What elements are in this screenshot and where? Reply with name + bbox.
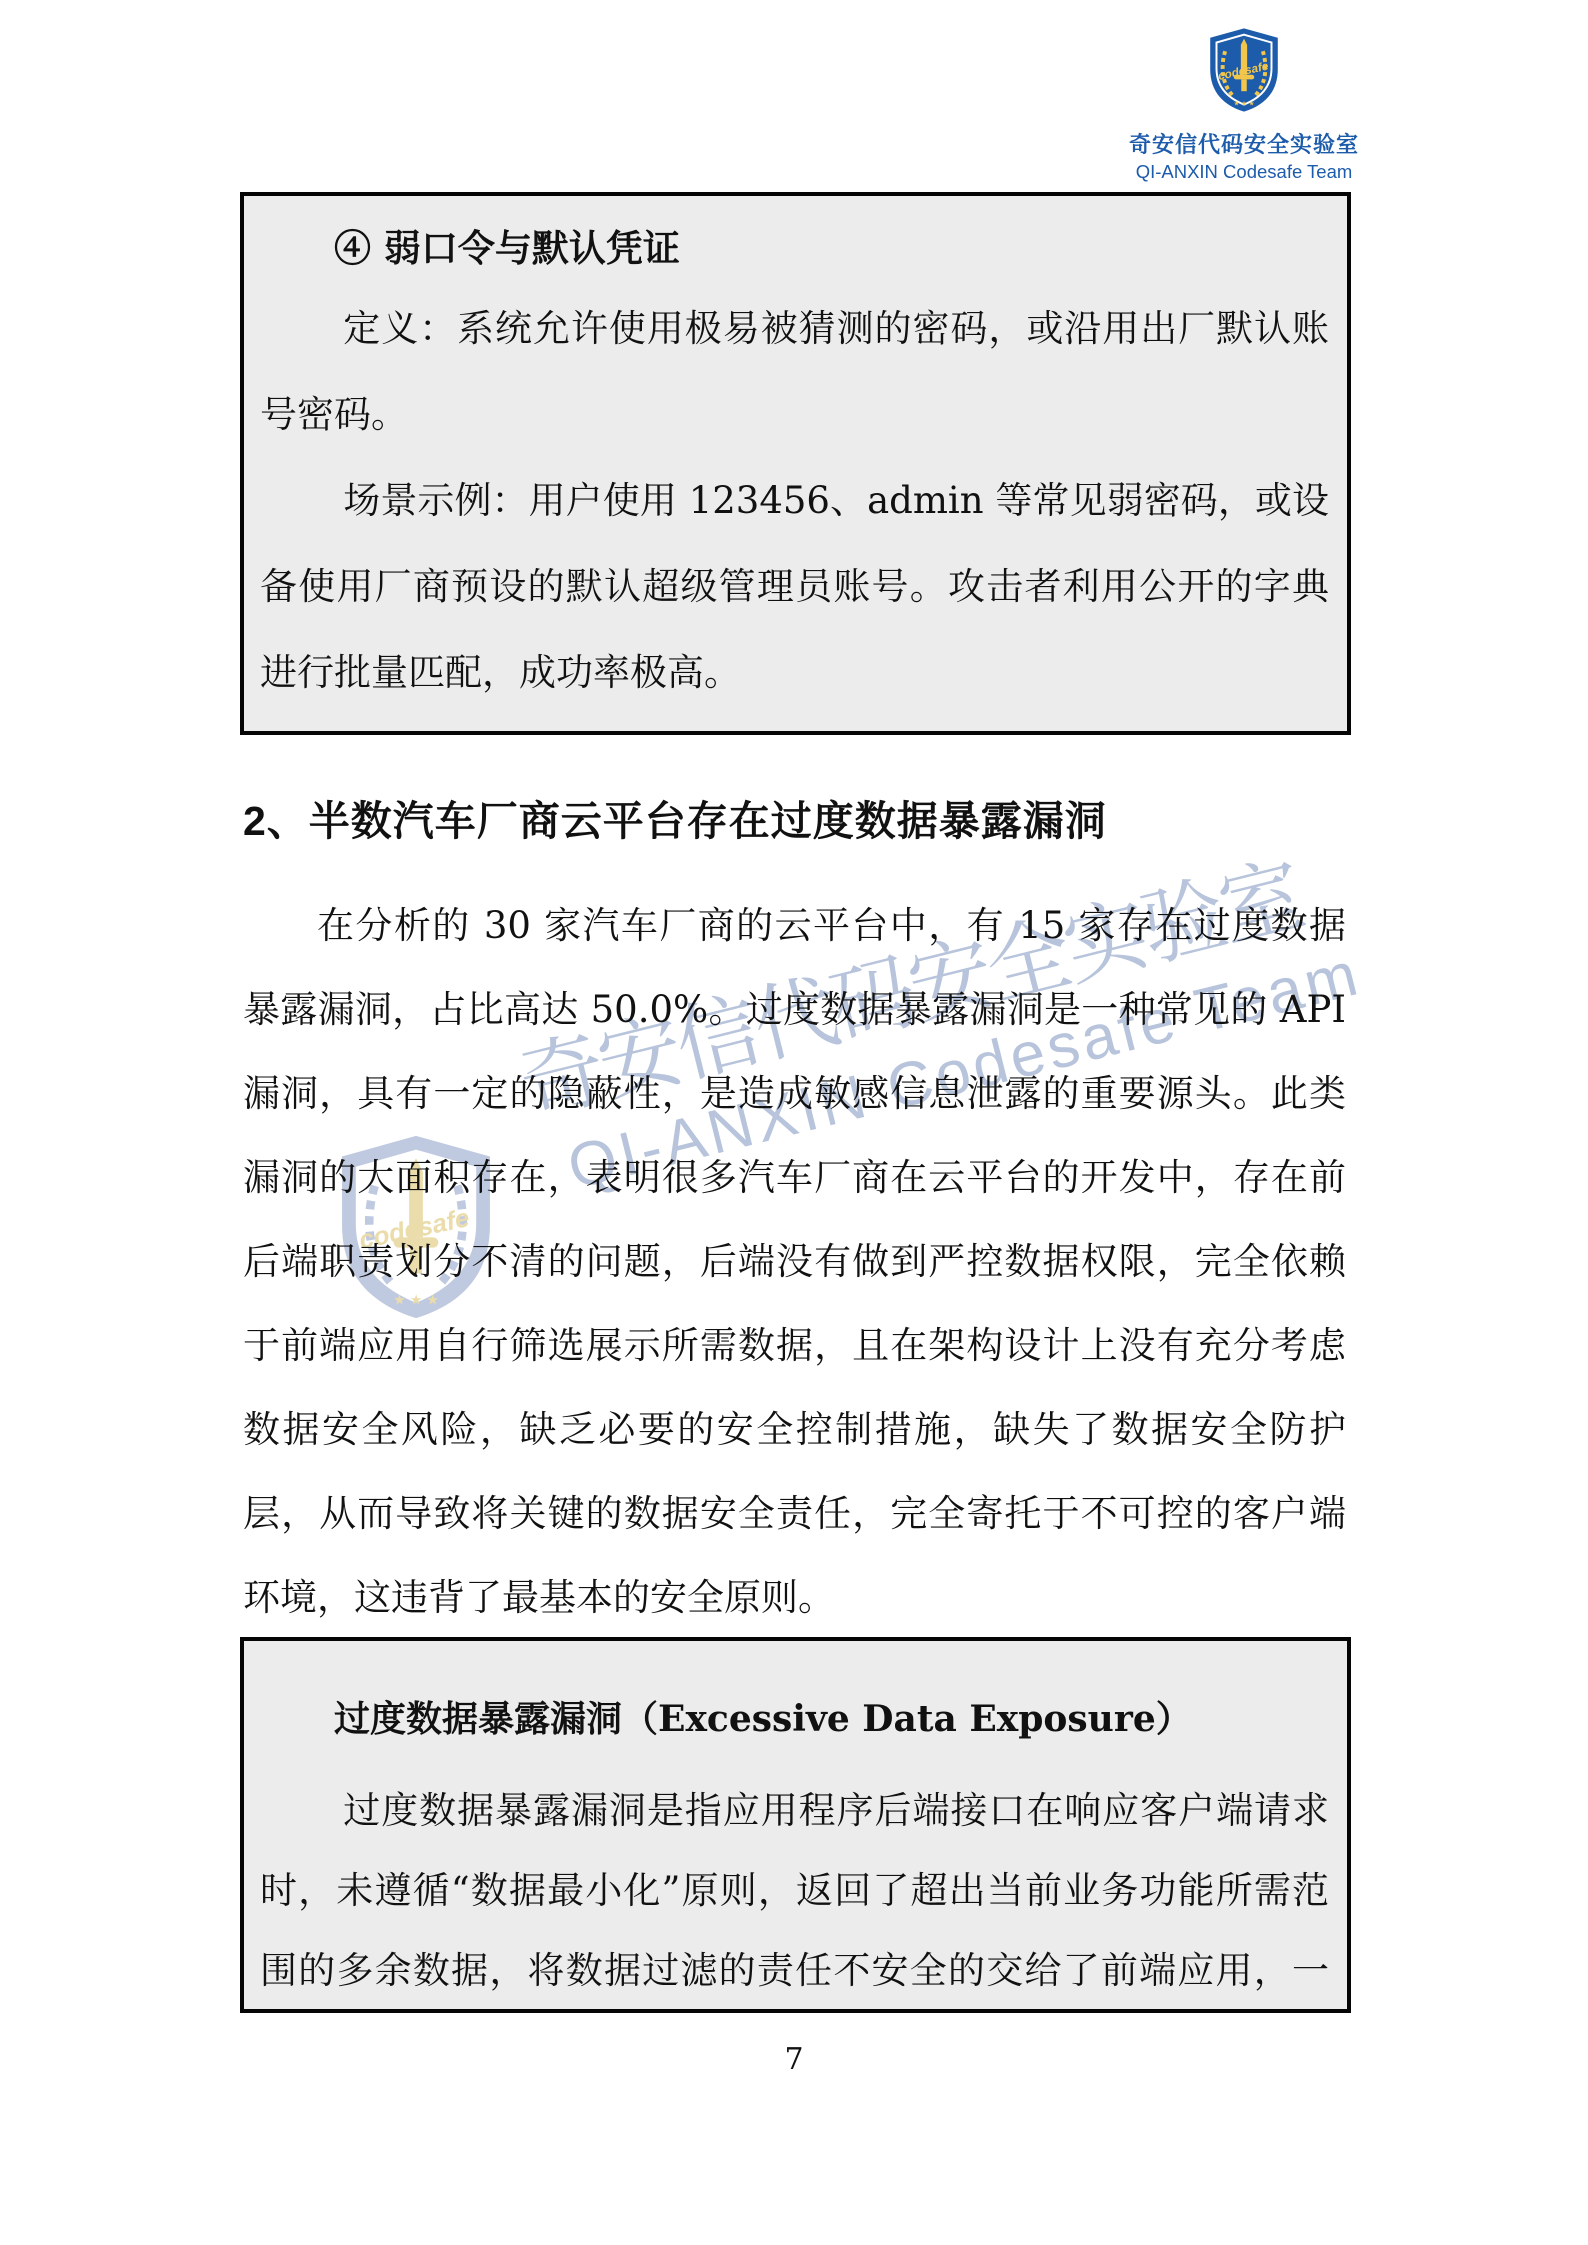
codesafe-shield-logo-icon: codesafe ★ ★ ★ <box>1204 26 1284 114</box>
info-box-1-definition: 定义：系统允许使用极易被猜测的密码，或沿用出厂默认账号密码。 <box>260 286 1329 458</box>
header-brand: codesafe ★ ★ ★ 奇安信代码安全实验室 QI-ANXIN Codes… <box>1084 26 1404 183</box>
info-box-excessive-data-exposure: 过度数据暴露漏洞（Excessive Data Exposure） 过度数据暴露… <box>240 1637 1351 2013</box>
document-page: 奇安信代码安全实验室 QI-ANXIN Codesafe Team codesa… <box>0 0 1588 2245</box>
info-box-weak-credentials: ④ 弱口令与默认凭证 定义：系统允许使用极易被猜测的密码，或沿用出厂默认账号密码… <box>240 192 1351 735</box>
info-box-2-title: 过度数据暴露漏洞（Excessive Data Exposure） <box>334 1697 1329 1741</box>
section-body-paragraph: 在分析的 30 家汽车厂商的云平台中，有 15 家存在过度数据暴露漏洞，占比高达… <box>243 884 1346 1640</box>
section-heading: 2、半数汽车厂商云平台存在过度数据暴露漏洞 <box>243 788 1107 847</box>
logo-shield-stars: ★ ★ ★ <box>1234 100 1255 107</box>
info-box-1-title: ④ 弱口令与默认凭证 <box>334 224 1329 272</box>
org-name-en: QI-ANXIN Codesafe Team <box>1084 161 1404 183</box>
info-box-2-definition: 过度数据暴露漏洞是指应用程序后端接口在响应客户端请求时，未遵循“数据最小化”原则… <box>260 1771 1329 2013</box>
page-number: 7 <box>0 2042 1588 2077</box>
info-box-1-example: 场景示例：用户使用 123456、admin 等常见弱密码，或设备使用厂商预设的… <box>260 458 1329 716</box>
org-name-cn: 奇安信代码安全实验室 <box>1084 128 1404 159</box>
